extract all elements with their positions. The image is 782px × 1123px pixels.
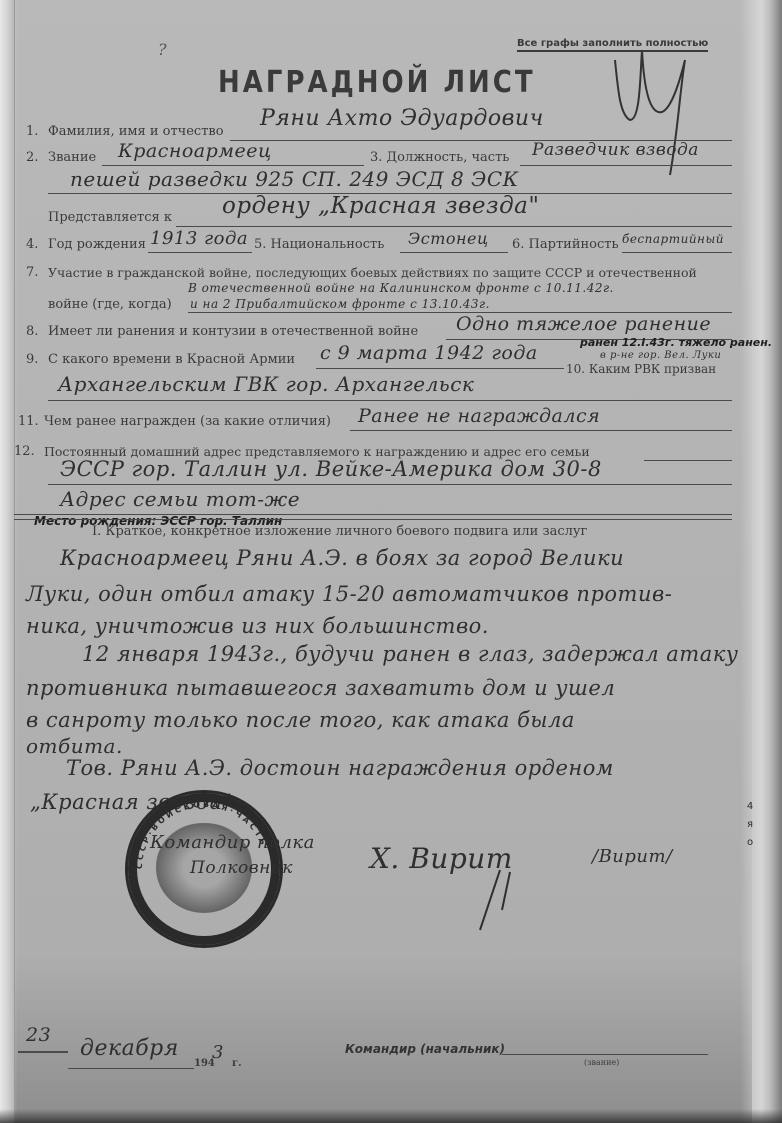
field-11-label: Чем ранее награжден (за какие отличия) [44,414,331,429]
margin-mark-1: 4 [745,798,755,816]
field-12-number: 12. [14,444,35,459]
field-6-label: 6. Партийность [512,237,619,252]
field-5-label-text: Национальность [271,237,385,252]
signer-title-line1: Командир полка [150,832,315,853]
field-11-underline [350,430,732,431]
field-3-label-text: Должность, часть [387,150,510,165]
field-3-value: Разведчик взвода [532,140,699,160]
commander-label: Командир (начальник) [345,1042,505,1056]
margin-mark-2: я [745,816,755,834]
field-10-number: 10. [566,362,585,376]
footer-year-suffix: 3 [212,1042,224,1063]
summary-line-6: в санроту только после того, как атака б… [26,708,575,732]
field-1-label: Фамилия, имя и отчество [48,124,224,139]
field-1-value: Ряни Ахто Эдуардович [260,106,544,131]
footer-day-underline [18,1051,68,1053]
summary-line-7: отбита. [26,734,123,758]
question-mark-annotation: ? [158,40,167,59]
field-4-number: 4. [26,237,38,252]
field-4-underline [148,252,252,253]
field-6-underline [622,252,732,253]
footer-month-underline [68,1068,194,1069]
document-title: НАГРАДНОЙ ЛИСТ [218,66,536,101]
footer-month: декабря [80,1036,179,1061]
field-8-label: Имеет ли ранения и контузии в отечествен… [48,324,418,339]
field-12-value-line1: ЭССР гор. Таллин ул. Вейке-Америка дом 3… [60,457,602,481]
signer-title-line2: Полковник [190,858,293,878]
field-6-value: беспартийный [622,232,724,246]
field-9-number: 9. [26,352,38,367]
rank-hint: (звание) [584,1058,619,1067]
field-5-underline [400,252,508,253]
page-bottom-shadow [0,1109,782,1123]
field-2-number: 2. [26,150,38,165]
field-7-value-line2: и на 2 Прибалтийском фронте с 13.10.43г. [190,297,490,311]
commander-underline [502,1054,708,1055]
summary-line-1: Красноармеец Ряни А.Э. в боях за город В… [60,546,624,570]
field-8-typed-note: ранен 12.I.43г. тяжело ранен. [580,336,772,349]
field-10-label-text: Каким РВК призван [589,362,716,376]
field-3-underline [520,165,732,166]
field-3-value-line2: пешей разведки 925 СП. 249 ЭСД 8 ЭСК [70,167,519,191]
field-10-value: Архангельским ГВК гор. Архангельск [58,372,474,396]
field-6-label-text: Партийность [529,237,619,252]
field-5-label: 5. Национальность [254,237,384,252]
field-8-typed-note-2: в р-не гор. Вел. Луки [600,350,721,361]
field-5-number: 5. [254,237,266,252]
field-7-number: 7. [26,265,38,280]
field-6-number: 6. [512,237,524,252]
field-3-number: 3. [370,150,382,165]
summary-line-5: противника пытавшегося захватить дом и у… [26,676,615,700]
presented-underline [176,226,732,227]
field-10-label: 10. Каким РВК призван [566,362,716,376]
margin-marks: 4 я о [745,798,755,852]
award-sheet: ? Все графы заполнить полностью НАГРАДНО… [0,0,782,1123]
field-11-number: 11. [18,414,39,429]
section-divider [14,519,732,520]
footer-year-unit: г. [232,1058,242,1069]
field-2-value: Красноармеец [118,140,272,162]
presented-label: Представляется к [48,210,172,225]
field-7-label-line2: войне (где, когда) [48,297,172,312]
field-4-value: 1913 года [150,228,248,249]
footer-day: 23 [26,1024,51,1046]
field-11-value: Ранее не награждался [358,405,600,427]
summary-line-8: Тов. Ряни А.Э. достоин награждения орден… [66,756,614,780]
page-left-edge [0,0,15,1123]
summary-heading: I. Краткое, конкретное изложение личного… [92,524,587,539]
field-8-value: Одно тяжелое ранение [456,313,711,335]
field-9-value: с 9 марта 1942 года [320,342,538,364]
field-1-number: 1. [26,124,38,139]
field-2-label: Звание [48,150,96,165]
signer-printed-name: /Вирит/ [592,846,673,867]
field-2-underline [102,165,364,166]
summary-line-3: ника, уничтожив из них большинство. [26,614,489,638]
summary-line-4: 12 января 1943г., будучи ранен в глаз, з… [82,642,738,666]
field-7-value-line1: В отечественной войне на Калининском фро… [188,281,614,295]
field-4-label: Год рождения [48,237,146,252]
field-12-underline-1 [644,460,732,461]
margin-mark-3: о [745,834,755,852]
field-8-number: 8. [26,324,38,339]
field-12-underline-2 [48,484,732,485]
summary-line-2: Луки, один отбил атаку 15-20 автоматчико… [26,582,672,606]
field-12-value-line2: Адрес семьи тот-же [60,487,300,511]
field-9-label: С какого времени в Красной Армии [48,352,295,367]
page-right-edge [752,0,782,1123]
field-10-underline [48,400,732,401]
field-5-value: Эстонец [408,229,489,248]
field-9-underline [316,368,564,369]
presented-value: ордену „Красная звезда" [222,193,539,219]
field-7-label-line1: Участие в гражданской войне, последующих… [48,265,697,280]
signature-flourish-icon [440,860,520,940]
field-3-label: 3. Должность, часть [370,150,509,165]
